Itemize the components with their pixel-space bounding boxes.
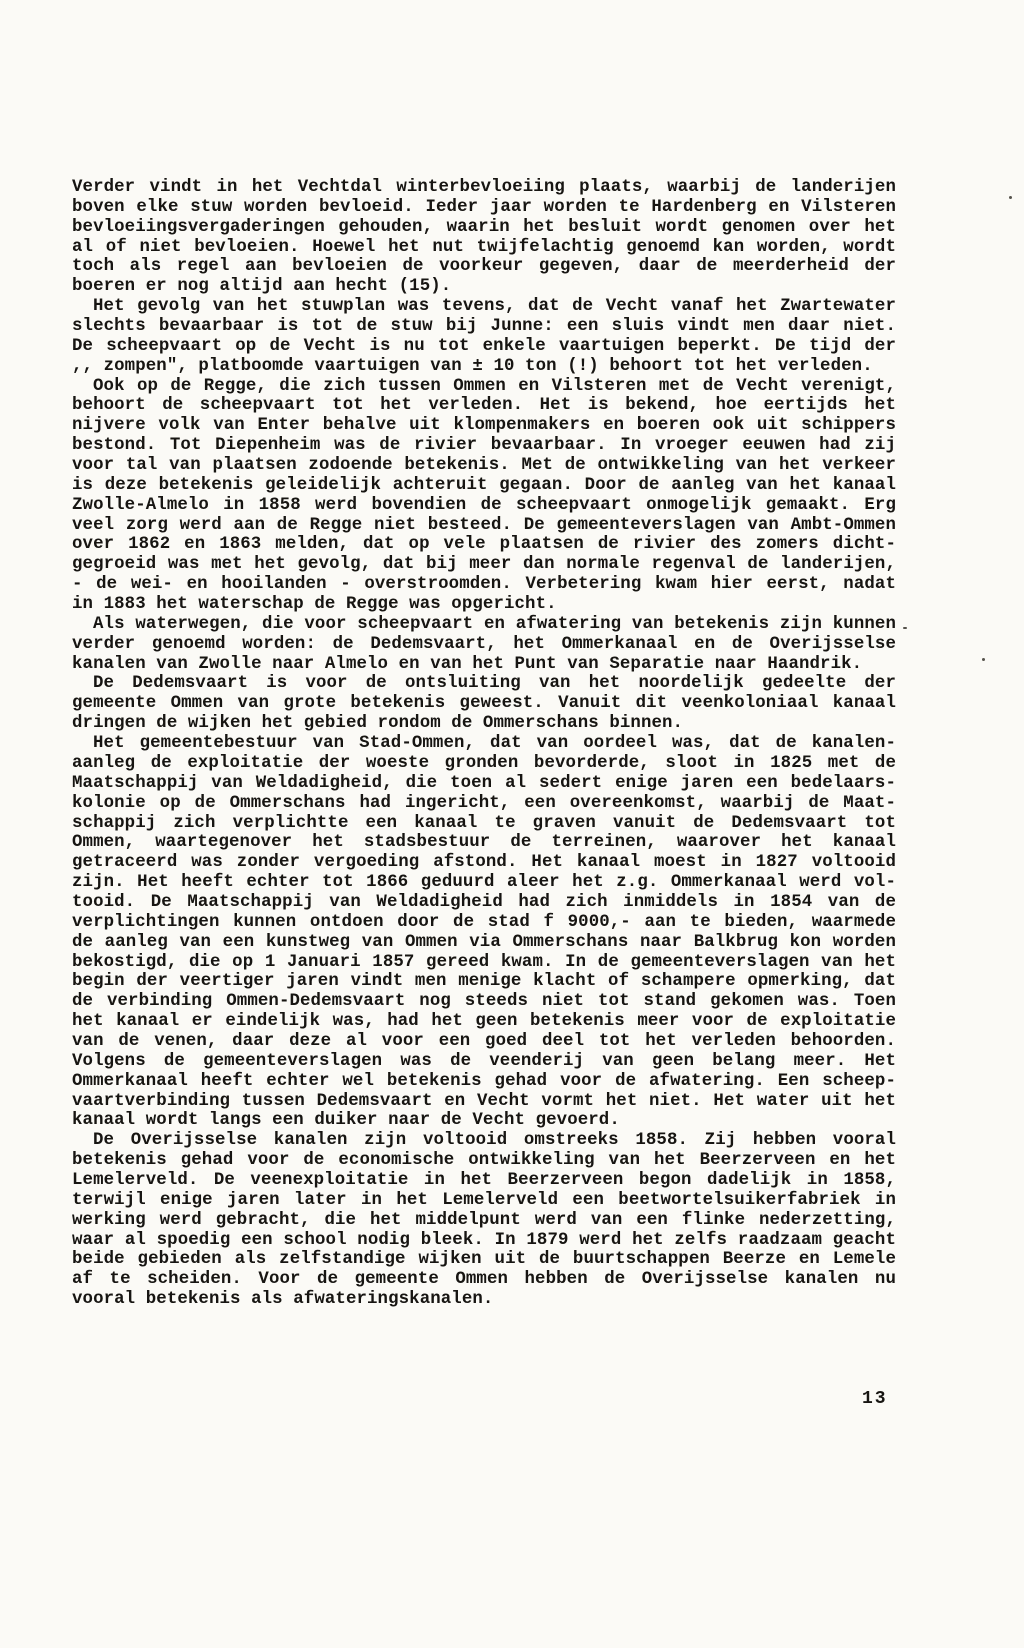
text-line: slechts bevaarbaar is tot de stuw bij Ju…	[72, 317, 896, 337]
text-line: getraceerd was zonder vergoeding afstond…	[72, 853, 896, 873]
text-line: boeren er nog altijd aan hecht (15).	[72, 277, 896, 297]
text-line: ,, zompen", platboomde vaartuigen van ± …	[72, 357, 896, 377]
text-line: vaartverbinding tussen Dedemsvaart en Ve…	[72, 1092, 896, 1112]
paragraph: Het gemeentebestuur van Stad-Ommen, dat …	[72, 734, 896, 1131]
text-line: Ook op de Regge, die zich tussen Ommen e…	[72, 377, 896, 397]
page-number: 13	[862, 1389, 888, 1409]
text-line: begin der veertiger jaren vindt men meni…	[72, 972, 896, 992]
text-line: betekenis gehad voor de economische ontw…	[72, 1151, 896, 1171]
text-line: De scheepvaart op de Vecht is nu tot enk…	[72, 337, 896, 357]
scan-speck	[903, 627, 907, 629]
text-line: toch als regel aan bevloeien de voorkeur…	[72, 257, 896, 277]
text-block: Verder vindt in het Vechtdal winterbevlo…	[72, 178, 896, 1310]
text-line: verplichtingen kunnen ontdoen door de st…	[72, 913, 896, 933]
text-line: gegroeid was met het gevolg, dat bij mee…	[72, 555, 896, 575]
text-line: vooral betekenis als afwateringskanalen.	[72, 1290, 896, 1310]
text-line: af te scheiden. Voor de gemeente Ommen h…	[72, 1270, 896, 1290]
text-line: kanaal wordt langs een duiker naar de Ve…	[72, 1111, 896, 1131]
text-line: Ommen, waartegenover het stadsbestuur de…	[72, 833, 896, 853]
text-line: voor tal van plaatsen zodoende betekenis…	[72, 456, 896, 476]
text-line: nijvere volk van Enter behalve uit klomp…	[72, 416, 896, 436]
text-line: aanleg de exploitatie der woeste gronden…	[72, 754, 896, 774]
text-line: de verbinding Ommen-Dedemsvaart nog stee…	[72, 992, 896, 1012]
paragraph: Als waterwegen, die voor scheepvaart en …	[72, 615, 896, 675]
text-line: over 1862 en 1863 melden, dat op vele pl…	[72, 535, 896, 555]
text-line: De Overijsselse kanalen zijn voltooid om…	[72, 1131, 896, 1151]
text-line: van de venen, daar deze al voor een goed…	[72, 1032, 896, 1052]
text-line: de aanleg van een kunstweg van Ommen via…	[72, 933, 896, 953]
text-line: is deze betekenis geleidelijk achteruit …	[72, 476, 896, 496]
text-line: gemeente Ommen van grote betekenis gewee…	[72, 694, 896, 714]
scan-speck	[982, 658, 985, 661]
text-line: dringen de wijken het gebied rondom de O…	[72, 714, 896, 734]
text-line: Maatschappij van Weldadigheid, die toen …	[72, 774, 896, 794]
text-line: Volgens de gemeenteverslagen was de veen…	[72, 1052, 896, 1072]
paragraph: De Dedemsvaart is voor de ontsluiting va…	[72, 674, 896, 734]
text-line: kanalen van Zwolle naar Almelo en van he…	[72, 655, 896, 675]
text-line: veel zorg werd aan de Regge niet besteed…	[72, 516, 896, 536]
text-line: Het gevolg van het stuwplan was tevens, …	[72, 297, 896, 317]
text-line: Het gemeentebestuur van Stad-Ommen, dat …	[72, 734, 896, 754]
paragraph: De Overijsselse kanalen zijn voltooid om…	[72, 1131, 896, 1310]
text-line: in 1883 het waterschap de Regge was opge…	[72, 595, 896, 615]
text-line: terwijl enige jaren later in het Lemeler…	[72, 1191, 896, 1211]
text-line: De Dedemsvaart is voor de ontsluiting va…	[72, 674, 896, 694]
scan-speck	[1009, 196, 1012, 199]
text-line: behoort de scheepvaart tot het verleden.…	[72, 396, 896, 416]
text-line: Als waterwegen, die voor scheepvaart en …	[72, 615, 896, 635]
text-line: zijn. Het heeft echter tot 1866 geduurd …	[72, 873, 896, 893]
paragraph: Het gevolg van het stuwplan was tevens, …	[72, 297, 896, 376]
text-line: Ommerkanaal heeft echter wel betekenis g…	[72, 1072, 896, 1092]
text-line: beide gebieden als zelfstandige wijken u…	[72, 1250, 896, 1270]
text-line: kolonie op de Ommerschans had ingericht,…	[72, 794, 896, 814]
scanned-book-page: Verder vindt in het Vechtdal winterbevlo…	[0, 0, 1024, 1648]
text-line: - de wei- en hooilanden - overstroomden.…	[72, 575, 896, 595]
text-line: Lemelerveld. De veenexploitatie in het B…	[72, 1171, 896, 1191]
text-line: tooid. De Maatschappij van Weldadigheid …	[72, 893, 896, 913]
text-line: verder genoemd worden: de Dedemsvaart, h…	[72, 635, 896, 655]
text-line: bestond. Tot Diepenheim was de rivier be…	[72, 436, 896, 456]
text-line: boven elke stuw worden bevloeid. Ieder j…	[72, 198, 896, 218]
text-line: werking werd gebracht, die het middelpun…	[72, 1211, 896, 1231]
text-line: het kanaal er eindelijk was, had het gee…	[72, 1012, 896, 1032]
text-line: waar al spoedig een school nodig bleek. …	[72, 1231, 896, 1251]
text-line: bekostigd, die op 1 Januari 1857 gereed …	[72, 953, 896, 973]
text-line: al of niet bevloeien. Hoewel het nut twi…	[72, 238, 896, 258]
text-line: Verder vindt in het Vechtdal winterbevlo…	[72, 178, 896, 198]
text-line: bevloeiingsvergaderingen gehouden, waari…	[72, 218, 896, 238]
paragraph: Verder vindt in het Vechtdal winterbevlo…	[72, 178, 896, 297]
paragraph: Ook op de Regge, die zich tussen Ommen e…	[72, 377, 896, 615]
text-line: schappij zich verplichtte een kanaal te …	[72, 814, 896, 834]
text-line: Zwolle-Almelo in 1858 werd bovendien de …	[72, 496, 896, 516]
